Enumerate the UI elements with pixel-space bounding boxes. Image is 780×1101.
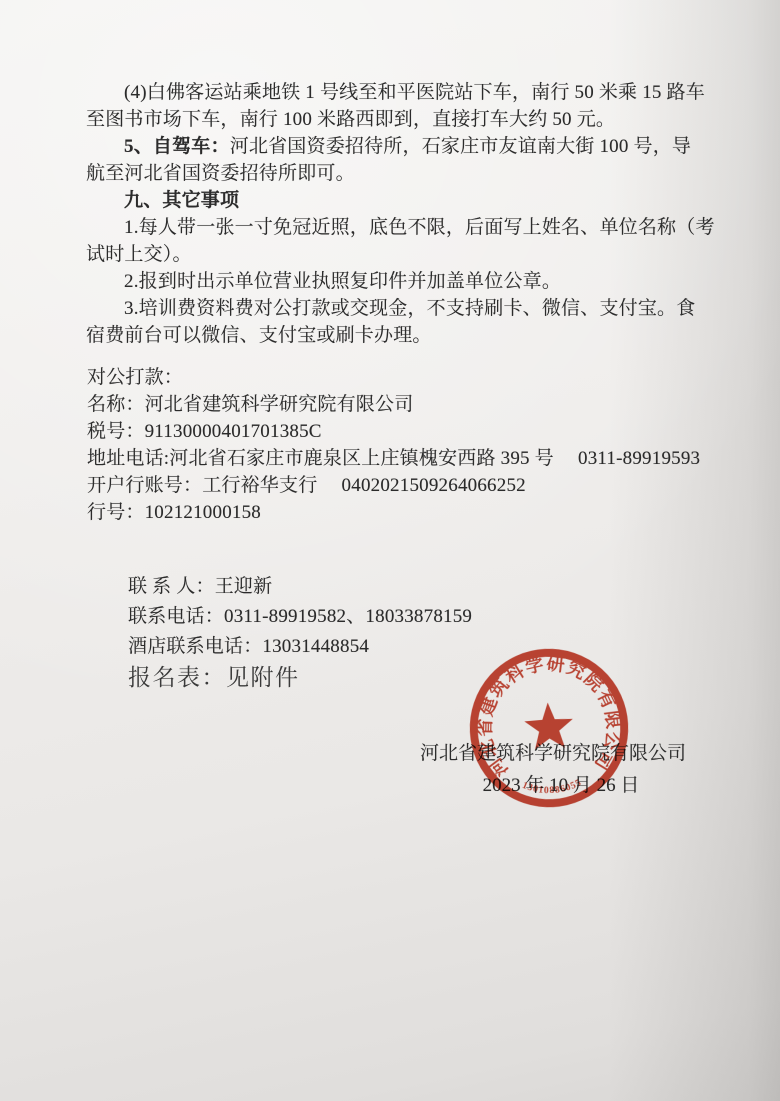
payment-bank-account: 开户行账号：工行裕华支行 0402021509264066252 — [87, 472, 727, 499]
scanned-document-page: (4)白佛客运站乘地铁 1 号线至和平医院站下车，南行 50 米乘 15 路车 … — [0, 0, 780, 1101]
payment-title: 对公打款： — [87, 364, 727, 391]
body-line: (4)白佛客运站乘地铁 1 号线至和平医院站下车，南行 50 米乘 15 路车 — [86, 79, 726, 106]
body-line-text: 航至河北省国资委招待所即可。 — [86, 163, 355, 184]
body-line-text: 1.每人带一张一寸免冠近照，底色不限，后面写上姓名、单位名称（考 — [124, 217, 715, 238]
body-line-text: (4)白佛客运站乘地铁 1 号线至和平医院站下车，南行 50 米乘 15 路车 — [124, 82, 705, 103]
body-line: 5、自驾车：河北省国资委招待所，石家庄市友谊南大街 100 号，导 — [86, 133, 726, 160]
payment-info-block: 对公打款： 名称：河北省建筑科学研究院有限公司 税号：9113000040170… — [87, 364, 727, 526]
body-line-text: 2.报到时出示单位营业执照复印件并加盖单位公章。 — [124, 271, 561, 292]
body-line: 至图书市场下车，南行 100 米路西即到，直接打车大约 50 元。 — [86, 106, 726, 133]
contact-person: 联 系 人：王迎新 — [128, 572, 648, 602]
body-line: 试时上交）。 — [86, 241, 726, 268]
body-line: 3.培训费资料费对公打款或交现金，不支持刷卡、微信、支付宝。食 — [86, 295, 726, 322]
body-line-text: 至图书市场下车，南行 100 米路西即到，直接打车大约 50 元。 — [86, 109, 615, 130]
section-heading: 九、其它事项 — [86, 187, 726, 214]
body-line-bold: 5、自驾车： — [124, 136, 230, 157]
body-text-block: (4)白佛客运站乘地铁 1 号线至和平医院站下车，南行 50 米乘 15 路车 … — [86, 79, 726, 349]
body-line-text: 3.培训费资料费对公打款或交现金，不支持刷卡、微信、支付宝。食 — [124, 298, 695, 319]
payment-company-name: 名称：河北省建筑科学研究院有限公司 — [87, 391, 727, 418]
body-line: 1.每人带一张一寸免冠近照，底色不限，后面写上姓名、单位名称（考 — [86, 214, 726, 241]
body-line: 2.报到时出示单位营业执照复印件并加盖单位公章。 — [86, 268, 726, 295]
seal-registration-number: 13010886055 — [520, 777, 584, 798]
body-line-text: 试时上交）。 — [86, 244, 192, 265]
body-line: 航至河北省国资委招待所即可。 — [86, 160, 726, 187]
payment-tax-number: 税号：91130000401701385C — [87, 418, 727, 445]
body-line-text: 河北省国资委招待所，石家庄市友谊南大街 100 号，导 — [230, 136, 691, 157]
payment-address-phone: 地址电话:河北省石家庄市鹿泉区上庄镇槐安西路 395 号 0311-899195… — [87, 445, 727, 472]
body-line: 宿费前台可以微信、支付宝或刷卡办理。 — [86, 322, 726, 349]
payment-bank-number: 行号：102121000158 — [87, 499, 727, 526]
body-line-text: 宿费前台可以微信、支付宝或刷卡办理。 — [86, 325, 432, 346]
official-company-seal: 河北省建筑科学研究院有限公司 13010886055 — [457, 636, 642, 821]
body-line-bold: 九、其它事项 — [124, 190, 239, 211]
contact-phone: 联系电话：0311-89919582、18033878159 — [128, 602, 648, 632]
seal-star-icon — [523, 701, 574, 750]
